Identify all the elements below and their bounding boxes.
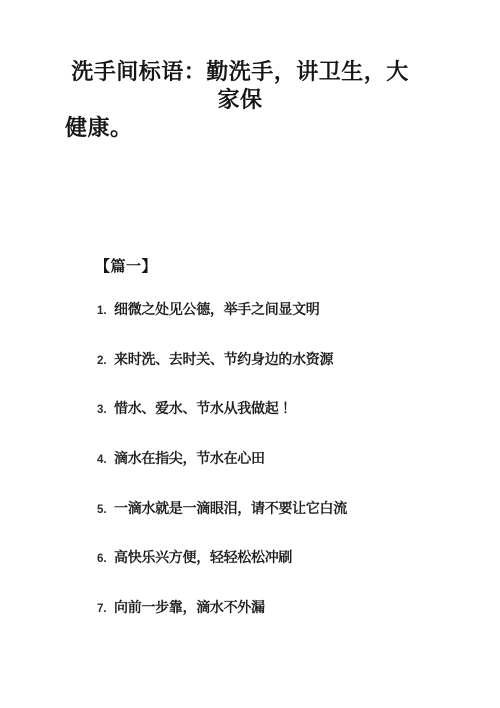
slogan-list: 1.细微之处见公德，举手之间显文明 2.来时洗、去时关、节约身边的水资源 3.惜…	[0, 299, 500, 647]
document-page: 洗手间标语：勤洗手，讲卫生，大 家保 健康。 【篇一】 1.细微之处见公德，举手…	[0, 0, 500, 708]
list-item-number: 6.	[97, 549, 114, 569]
title-line-3: 健康。	[65, 114, 415, 142]
section-label: 【篇一】	[95, 255, 157, 276]
list-item-text: 向前一步靠，滴水不外漏	[114, 599, 265, 615]
list-item-number: 5.	[97, 500, 114, 520]
list-item-text: 来时洗、去时关、节约身边的水资源	[114, 351, 333, 367]
list-item: 2.来时洗、去时关、节约身边的水资源	[0, 349, 500, 399]
list-item: 4.滴水在指尖，节水在心田	[0, 448, 500, 498]
list-item-text: 滴水在指尖，节水在心田	[114, 450, 265, 466]
list-item-number: 3.	[97, 400, 114, 420]
list-item-number: 1.	[97, 301, 114, 321]
title-line-1: 洗手间标语：勤洗手，讲卫生，大	[65, 58, 415, 86]
title-line-2: 家保	[65, 86, 415, 114]
list-item-text: 高快乐兴方便，轻轻松松冲刷	[114, 549, 292, 565]
page-title: 洗手间标语：勤洗手，讲卫生，大 家保 健康。	[65, 58, 415, 142]
list-item: 5.一滴水就是一滴眼泪，请不要让它白流	[0, 498, 500, 548]
list-item: 7.向前一步靠，滴水不外漏	[0, 597, 500, 647]
list-item-number: 2.	[97, 351, 114, 371]
list-item-text: 惜水、爱水、节水从我做起 ！	[114, 400, 296, 416]
list-item: 1.细微之处见公德，举手之间显文明	[0, 299, 500, 349]
list-item-text: 细微之处见公德，举手之间显文明	[114, 301, 320, 317]
list-item: 3.惜水、爱水、节水从我做起 ！	[0, 398, 500, 448]
list-item: 6.高快乐兴方便，轻轻松松冲刷	[0, 547, 500, 597]
list-item-number: 4.	[97, 450, 114, 470]
list-item-text: 一滴水就是一滴眼泪，请不要让它白流	[114, 500, 347, 516]
list-item-number: 7.	[97, 599, 114, 619]
